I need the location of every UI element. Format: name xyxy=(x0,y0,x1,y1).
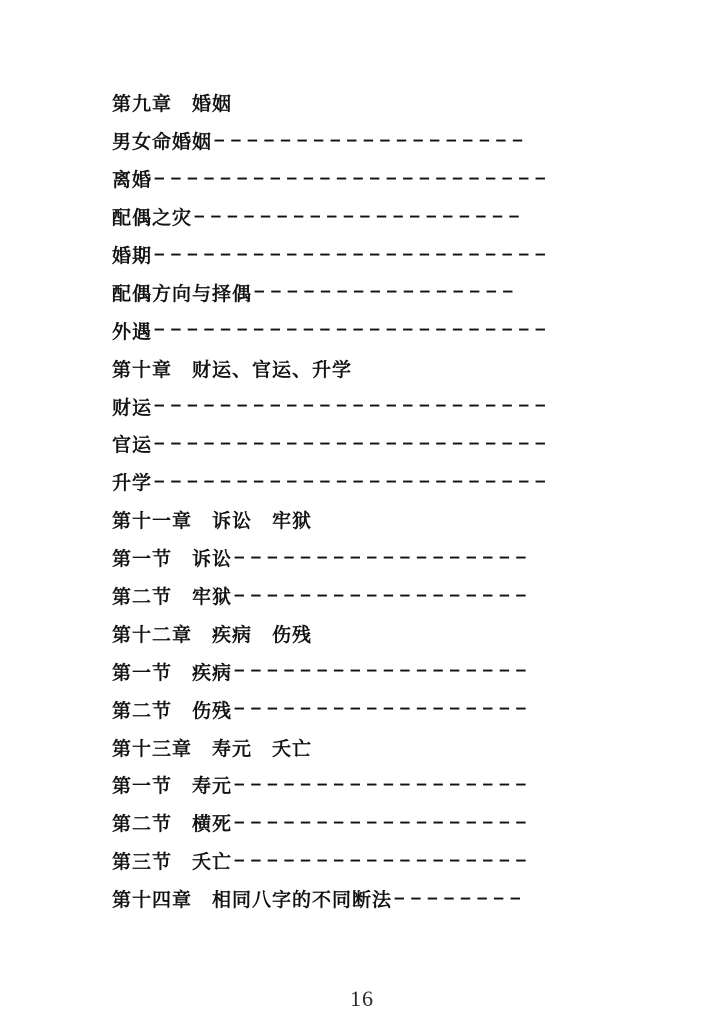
toc-leader-dashes: –––––––––––––––––––––––– xyxy=(154,319,552,341)
toc-row: 第十章 财运、官运、升学 xyxy=(112,349,684,387)
toc-entry-label: 第九章 婚姻 xyxy=(112,89,232,116)
toc-list: 第九章 婚姻 男女命婚姻 ––––––––––––––––––– 离婚 ––––… xyxy=(112,84,684,918)
toc-entry-label: 第一节 寿元 xyxy=(112,771,232,798)
toc-entry-label: 第十一章 诉讼 牢狱 xyxy=(112,506,312,533)
toc-entry-label: 第一节 诉讼 xyxy=(112,544,232,571)
toc-row: 官运 –––––––––––––––––––––––– xyxy=(112,425,684,463)
toc-row: 配偶之灾 –––––––––––––––––––– xyxy=(112,198,684,236)
toc-entry-label: 离婚 xyxy=(112,165,152,192)
toc-entry-label: 外遇 xyxy=(112,317,152,344)
toc-entry-label: 第二节 伤残 xyxy=(112,696,232,723)
toc-row: 第二节 伤残 –––––––––––––––––– xyxy=(112,690,684,728)
toc-leader-dashes: –––––––––––––––––––––––– xyxy=(154,433,552,455)
toc-leader-dashes: –––––––––––––––––––––––– xyxy=(154,471,552,493)
toc-entry-label: 第十四章 相同八字的不同断法 xyxy=(112,885,392,912)
toc-entry-label: 第十三章 寿元 夭亡 xyxy=(112,734,312,761)
toc-entry-label: 第二节 横死 xyxy=(112,809,232,836)
toc-entry-label: 第十二章 疾病 伤残 xyxy=(112,620,312,647)
toc-leader-dashes: –––––––––––––––––– xyxy=(234,698,532,720)
toc-row: 第十三章 寿元 夭亡 xyxy=(112,728,684,766)
toc-entry-label: 第二节 牢狱 xyxy=(112,582,232,609)
toc-row: 外遇 –––––––––––––––––––––––– xyxy=(112,311,684,349)
page-number: 16 xyxy=(0,986,724,1012)
toc-row: 第一节 诉讼 –––––––––––––––––– xyxy=(112,539,684,577)
toc-entry-label: 第十章 财运、官运、升学 xyxy=(112,355,352,382)
toc-leader-dashes: –––––––––––––––––– xyxy=(234,547,532,569)
toc-leader-dashes: –––––––––––––––––– xyxy=(234,850,532,872)
toc-row: 男女命婚姻 ––––––––––––––––––– xyxy=(112,122,684,160)
toc-row: 第九章 婚姻 xyxy=(112,84,684,122)
toc-entry-label: 婚期 xyxy=(112,241,152,268)
toc-entry-label: 第一节 疾病 xyxy=(112,658,232,685)
toc-row: 配偶方向与择偶 –––––––––––––––– xyxy=(112,273,684,311)
toc-row: 第三节 夭亡 –––––––––––––––––– xyxy=(112,842,684,880)
toc-leader-dashes: –––––––––––––––––––––––– xyxy=(154,244,552,266)
toc-leader-dashes: –––––––––––––––––– xyxy=(234,812,532,834)
toc-entry-label: 财运 xyxy=(112,393,152,420)
toc-row: 第二节 牢狱 –––––––––––––––––– xyxy=(112,577,684,615)
toc-row: 婚期 –––––––––––––––––––––––– xyxy=(112,236,684,274)
toc-entry-label: 男女命婚姻 xyxy=(112,127,212,154)
toc-entry-label: 配偶之灾 xyxy=(112,203,192,230)
toc-row: 第一节 寿元 –––––––––––––––––– xyxy=(112,766,684,804)
document-page: 第九章 婚姻 男女命婚姻 ––––––––––––––––––– 离婚 ––––… xyxy=(0,0,724,1024)
toc-entry-label: 第三节 夭亡 xyxy=(112,847,232,874)
toc-leader-dashes: –––––––––––––––– xyxy=(254,281,519,303)
toc-row: 离婚 –––––––––––––––––––––––– xyxy=(112,160,684,198)
toc-row: 第十四章 相同八字的不同断法 –––––––– xyxy=(112,880,684,918)
toc-entry-label: 配偶方向与择偶 xyxy=(112,279,252,306)
toc-row: 第十二章 疾病 伤残 xyxy=(112,614,684,652)
toc-leader-dashes: –––––––––––––––––– xyxy=(234,774,532,796)
toc-row: 第十一章 诉讼 牢狱 xyxy=(112,501,684,539)
toc-row: 财运 –––––––––––––––––––––––– xyxy=(112,387,684,425)
toc-leader-dashes: –––––––– xyxy=(394,888,527,910)
toc-leader-dashes: –––––––––––––––––––––––– xyxy=(154,168,552,190)
toc-leader-dashes: –––––––––––––––––––– xyxy=(194,206,525,228)
toc-leader-dashes: –––––––––––––––––– xyxy=(234,585,532,607)
toc-row: 第二节 横死 –––––––––––––––––– xyxy=(112,804,684,842)
toc-entry-label: 官运 xyxy=(112,430,152,457)
toc-row: 第一节 疾病 –––––––––––––––––– xyxy=(112,652,684,690)
toc-entry-label: 升学 xyxy=(112,468,152,495)
toc-row: 升学 –––––––––––––––––––––––– xyxy=(112,463,684,501)
toc-leader-dashes: –––––––––––––––––––––––– xyxy=(154,395,552,417)
toc-leader-dashes: ––––––––––––––––––– xyxy=(214,130,529,152)
toc-leader-dashes: –––––––––––––––––– xyxy=(234,660,532,682)
